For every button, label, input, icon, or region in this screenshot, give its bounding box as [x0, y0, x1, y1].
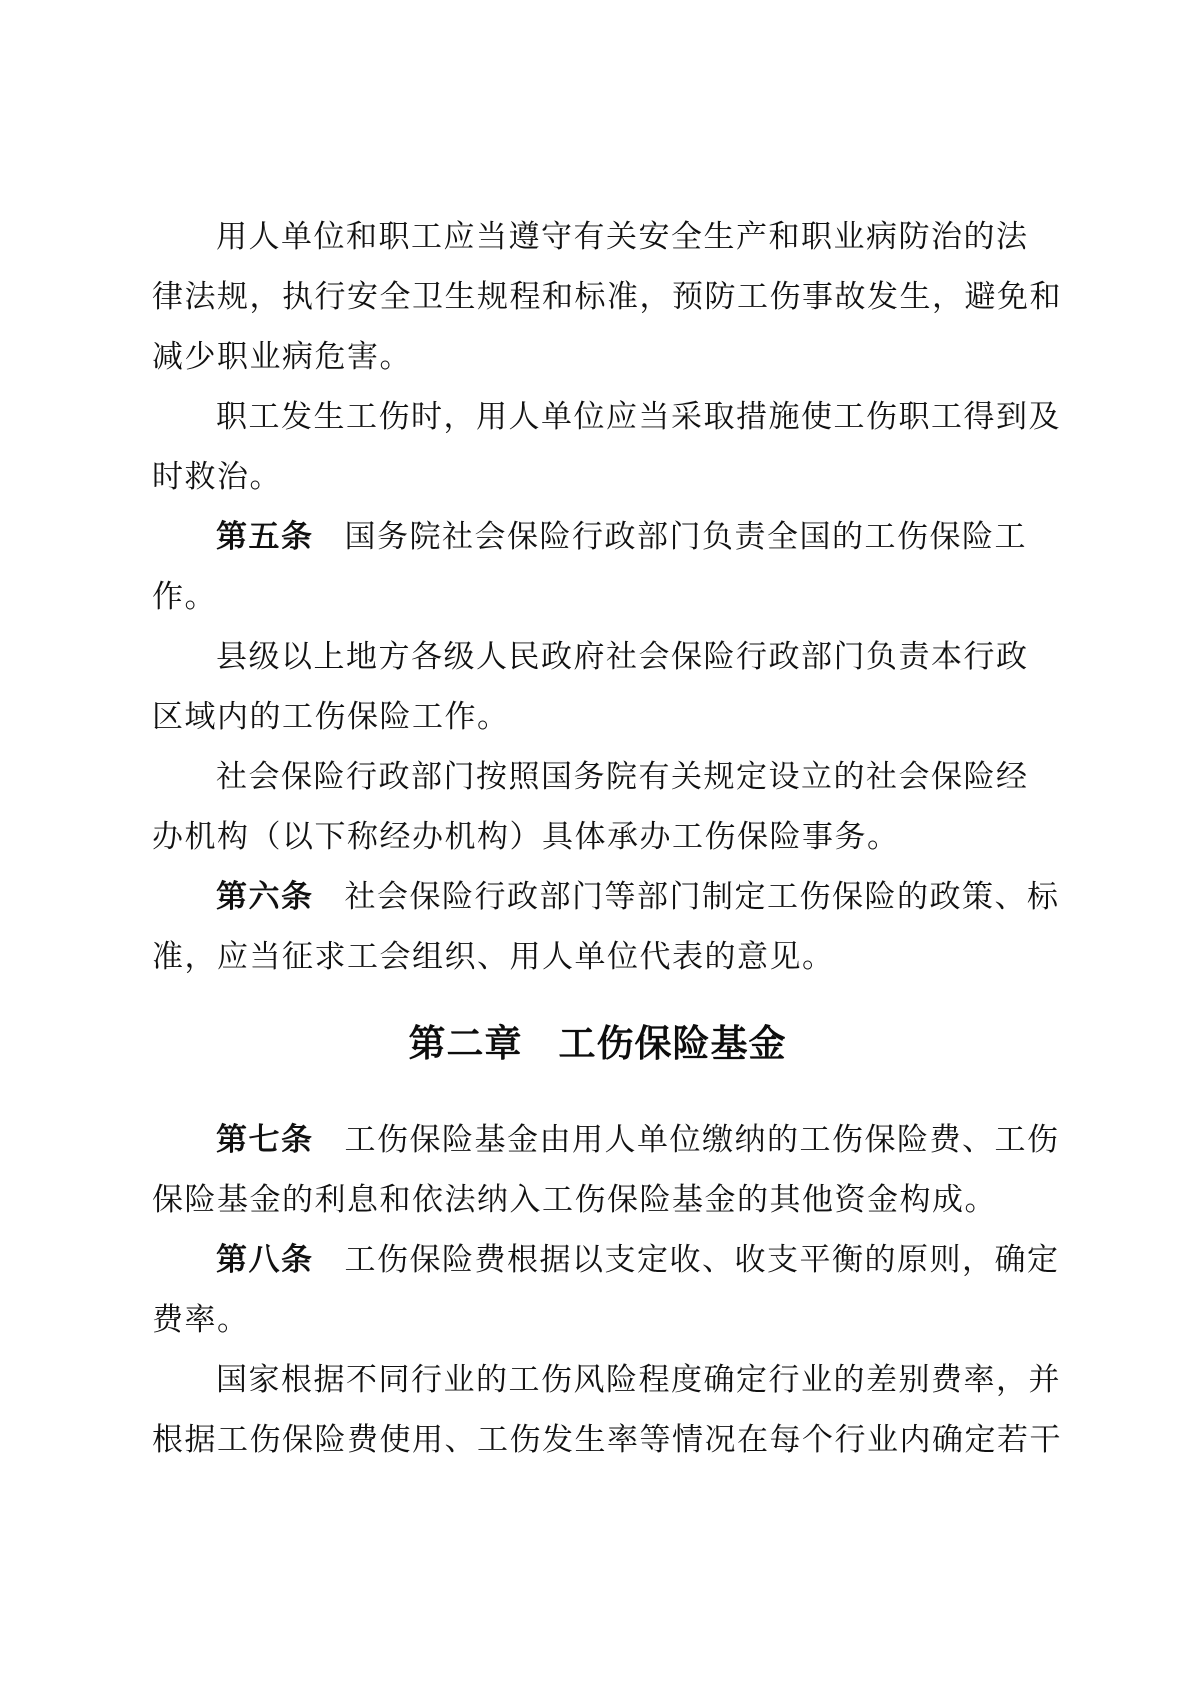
line-text: 准，应当征求工会组织、用人单位代表的意见。	[152, 939, 835, 974]
line-text: 作。	[152, 579, 217, 614]
line-text: 时救治。	[152, 459, 282, 494]
chapter-title: 工伤保险基金	[559, 1023, 787, 1064]
text-line: 第五条国务院社会保险行政部门负责全国的工伤保险工	[152, 507, 1043, 567]
document-content: 用人单位和职工应当遵守有关安全生产和职业病防治的法 律法规，执行安全卫生规程和标…	[152, 207, 1043, 1470]
line-text: 国家根据不同行业的工伤风险程度确定行业的差别费率，并	[216, 1362, 1061, 1397]
article-number: 第六条	[216, 879, 314, 914]
line-text: 根据工伤保险费使用、工伤发生率等情况在每个行业内确定若干	[152, 1422, 1062, 1457]
line-text: 保险基金的利息和依法纳入工伤保险基金的其他资金构成。	[152, 1182, 997, 1217]
article-number: 第七条	[216, 1122, 314, 1157]
text-line: 区域内的工伤保险工作。	[152, 687, 1043, 747]
line-text: 律法规，执行安全卫生规程和标准，预防工伤事故发生，避免和	[152, 279, 1062, 314]
line-text: 用人单位和职工应当遵守有关安全生产和职业病防治的法	[216, 219, 1029, 254]
line-text: 费率。	[152, 1302, 250, 1337]
text-line: 减少职业病危害。	[152, 327, 1043, 387]
text-line: 用人单位和职工应当遵守有关安全生产和职业病防治的法	[152, 207, 1043, 267]
text-line: 保险基金的利息和依法纳入工伤保险基金的其他资金构成。	[152, 1170, 1043, 1230]
article-number: 第八条	[216, 1242, 314, 1277]
text-line: 县级以上地方各级人民政府社会保险行政部门负责本行政	[152, 627, 1043, 687]
chapter-number: 第二章	[409, 1023, 523, 1064]
text-line: 社会保险行政部门按照国务院有关规定设立的社会保险经	[152, 747, 1043, 807]
text-line: 时救治。	[152, 447, 1043, 507]
text-line: 第六条社会保险行政部门等部门制定工伤保险的政策、标	[152, 867, 1043, 927]
line-text: 职工发生工伤时，用人单位应当采取措施使工伤职工得到及	[216, 399, 1061, 434]
text-line: 准，应当征求工会组织、用人单位代表的意见。	[152, 927, 1043, 987]
line-text: 县级以上地方各级人民政府社会保险行政部门负责本行政	[216, 639, 1029, 674]
text-line: 办机构（以下称经办机构）具体承办工伤保险事务。	[152, 807, 1043, 867]
line-text: 社会保险行政部门按照国务院有关规定设立的社会保险经	[216, 759, 1029, 794]
chapter-heading: 第二章工伤保险基金	[152, 1023, 1043, 1065]
document-page: 用人单位和职工应当遵守有关安全生产和职业病防治的法 律法规，执行安全卫生规程和标…	[0, 0, 1190, 1683]
text-line: 根据工伤保险费使用、工伤发生率等情况在每个行业内确定若干	[152, 1410, 1043, 1470]
article-number: 第五条	[216, 519, 314, 554]
line-text: 工伤保险基金由用人单位缴纳的工伤保险费、工伤	[345, 1122, 1060, 1157]
line-text: 国务院社会保险行政部门负责全国的工伤保险工	[345, 519, 1028, 554]
text-line: 国家根据不同行业的工伤风险程度确定行业的差别费率，并	[152, 1350, 1043, 1410]
text-line: 职工发生工伤时，用人单位应当采取措施使工伤职工得到及	[152, 387, 1043, 447]
text-line: 律法规，执行安全卫生规程和标准，预防工伤事故发生，避免和	[152, 267, 1043, 327]
text-line: 作。	[152, 567, 1043, 627]
line-text: 办机构（以下称经办机构）具体承办工伤保险事务。	[152, 819, 900, 854]
text-line: 费率。	[152, 1290, 1043, 1350]
line-text: 区域内的工伤保险工作。	[152, 699, 510, 734]
line-text: 社会保险行政部门等部门制定工伤保险的政策、标	[345, 879, 1060, 914]
line-text: 工伤保险费根据以支定收、收支平衡的原则，确定	[345, 1242, 1060, 1277]
text-line: 第七条工伤保险基金由用人单位缴纳的工伤保险费、工伤	[152, 1110, 1043, 1170]
line-text: 减少职业病危害。	[152, 339, 412, 374]
text-line: 第八条工伤保险费根据以支定收、收支平衡的原则，确定	[152, 1230, 1043, 1290]
